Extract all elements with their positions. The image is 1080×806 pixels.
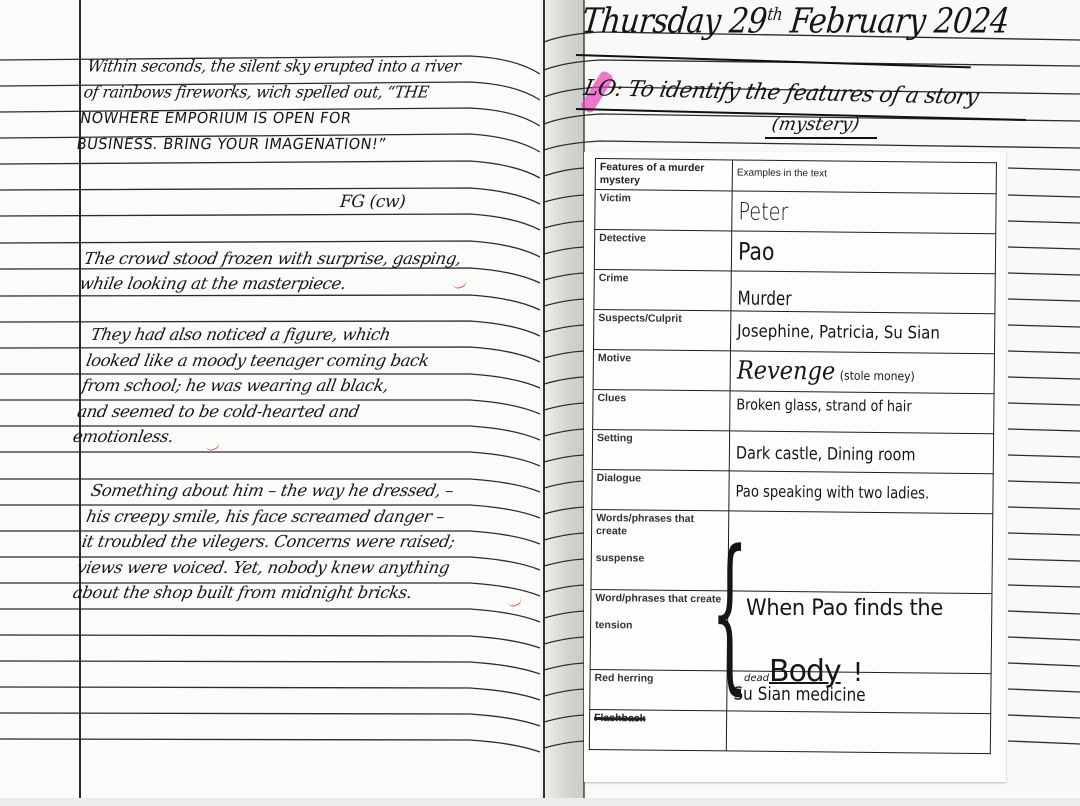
feature-label-line2: tension xyxy=(595,619,723,633)
example-note: (stole money) xyxy=(840,369,915,384)
feature-cell: Victim xyxy=(595,190,732,231)
example-text: Dark castle, Dining room xyxy=(736,443,916,465)
handwritten-line: looked like a moody teenager coming back xyxy=(84,348,431,374)
example-cell: Peter xyxy=(732,191,996,234)
feature-cell: Clues xyxy=(593,389,730,430)
example-text: Peter xyxy=(738,198,788,227)
feature-label: Words/phrases that create xyxy=(596,512,694,537)
date-heading: Thursday 29th February 2024 xyxy=(580,1,1011,41)
feature-cell: Crime xyxy=(594,269,731,310)
merged-answer-line-2: deadBody! xyxy=(744,654,863,689)
curly-brace-mark: { xyxy=(711,528,748,696)
feature-cell: Dialogue xyxy=(592,469,729,510)
feature-cell: Motive xyxy=(593,349,730,390)
example-cell xyxy=(726,711,990,754)
table-row: Dialogue Pao speaking with two ladies. xyxy=(592,469,993,513)
example-cell: Murder xyxy=(731,271,995,314)
feature-cell: Words/phrases that createsuspense xyxy=(591,509,729,590)
feature-label: Word/phrases that create xyxy=(595,592,721,605)
date-suffix: th xyxy=(766,4,783,25)
example-text: Pao xyxy=(738,238,775,266)
table-row: Motive Revenge (stole money) xyxy=(593,349,994,393)
table-row: Suspects/Culprit Josephine, Patricia, Su… xyxy=(593,309,994,353)
table-row: Flashback xyxy=(589,709,990,753)
table-row: Crime Murder xyxy=(594,269,995,313)
feature-cell-crossed-out: Flashback xyxy=(589,709,726,750)
handwritten-line: NOWHERE EMPORIUM IS OPEN FOR xyxy=(78,106,454,132)
example-text: Broken glass, strand of hair xyxy=(736,395,911,415)
handwritten-line: views were voiced. Yet, nobody knew anyt… xyxy=(75,555,452,581)
handwritten-line: Something about him – the way he dressed… xyxy=(89,478,466,504)
example-text: Josephine, Patricia, Su Sian xyxy=(737,321,940,343)
table-row: Victim Peter xyxy=(595,190,996,234)
table-row: Setting Dark castle, Dining room xyxy=(592,429,993,473)
worksheet-sheet: Features of a murder mystery Examples in… xyxy=(584,152,1006,782)
feature-cell: Suspects/Culprit xyxy=(593,309,730,350)
story-paragraph-4: Something about him – the way he dressed… xyxy=(71,478,466,606)
spine-fold-line xyxy=(543,0,545,800)
handwritten-line: while looking at the masterpiece. xyxy=(78,271,459,296)
story-paragraph-1: Within seconds, the silent sky erupted i… xyxy=(75,54,462,159)
handwritten-line: about the shop built from midnight brick… xyxy=(71,580,448,606)
handwritten-line: emotionless. xyxy=(71,424,418,450)
feature-cell: Detective xyxy=(594,230,731,271)
handwritten-line: They had also noticed a figure, which xyxy=(89,322,436,348)
teacher-note-text: FG (cw) xyxy=(339,192,406,212)
merged-answer-exclamation: ! xyxy=(853,658,863,688)
merged-answer-small-word: dead xyxy=(744,673,769,684)
teacher-note: FG (cw) xyxy=(339,192,406,212)
story-paragraph-2: The crowd stood frozen with surprise, ga… xyxy=(78,246,464,296)
example-cell: Josephine, Patricia, Su Sian xyxy=(730,311,994,354)
table-header-row: Features of a murder mystery Examples in… xyxy=(595,159,996,194)
example-cell: Pao xyxy=(731,231,995,274)
example-cell: Pao speaking with two ladies. xyxy=(729,471,993,514)
story-paragraph-3: They had also noticed a figure, which lo… xyxy=(71,322,436,450)
handwritten-line: his creepy smile, his face screamed dang… xyxy=(84,504,461,530)
page-bottom-edge xyxy=(0,798,1080,806)
learning-objective-subtitle: (mystery) xyxy=(770,114,861,135)
handwritten-line: of rainbows fireworks, wich spelled out,… xyxy=(82,80,458,106)
table-row: Detective Pao xyxy=(594,230,995,274)
subtitle-underline xyxy=(765,137,877,139)
handwritten-line: Within seconds, the silent sky erupted i… xyxy=(86,54,462,80)
merged-answer-line-1: When Pao finds the xyxy=(746,596,943,621)
table-row: Clues Broken glass, strand of hair xyxy=(593,389,994,433)
handwritten-line: BUSINESS. BRING YOUR IMAGENATION!” xyxy=(75,132,451,158)
open-notebook: Within seconds, the silent sky erupted i… xyxy=(0,0,1080,806)
header-features: Features of a murder mystery xyxy=(595,159,732,191)
example-cell: Revenge (stole money) xyxy=(730,351,994,394)
table-row: Words/phrases that createsuspense xyxy=(591,509,993,593)
example-cell: Broken glass, strand of hair xyxy=(730,391,994,434)
example-cell xyxy=(728,511,993,594)
feature-label-crossed-out: Flashback xyxy=(594,712,645,725)
example-cell: Dark castle, Dining room xyxy=(729,431,993,474)
feature-cell: Word/phrases that createtension xyxy=(590,589,728,670)
date-month-year: February 2024 xyxy=(788,1,1011,41)
feature-label-line2: suspense xyxy=(596,552,724,566)
example-text: Revenge xyxy=(737,355,836,385)
header-examples: Examples in the text xyxy=(732,160,996,194)
notebook-spine xyxy=(540,0,586,800)
handwritten-line: The crowd stood frozen with surprise, ga… xyxy=(82,246,463,271)
example-text: Pao speaking with two ladies. xyxy=(735,481,929,502)
handwritten-line: and seemed to be cold-hearted and xyxy=(75,399,422,425)
handwritten-line: it troubled the vilegers. Concerns were … xyxy=(80,529,457,555)
handwritten-line: from school; he was wearing all black, xyxy=(80,373,427,399)
merged-answer-big-word: Body xyxy=(769,654,841,689)
date-day: Thursday 29 xyxy=(580,1,769,41)
example-text: Murder xyxy=(737,288,791,311)
feature-cell: Setting xyxy=(592,429,729,470)
feature-cell: Red herring xyxy=(590,669,727,710)
